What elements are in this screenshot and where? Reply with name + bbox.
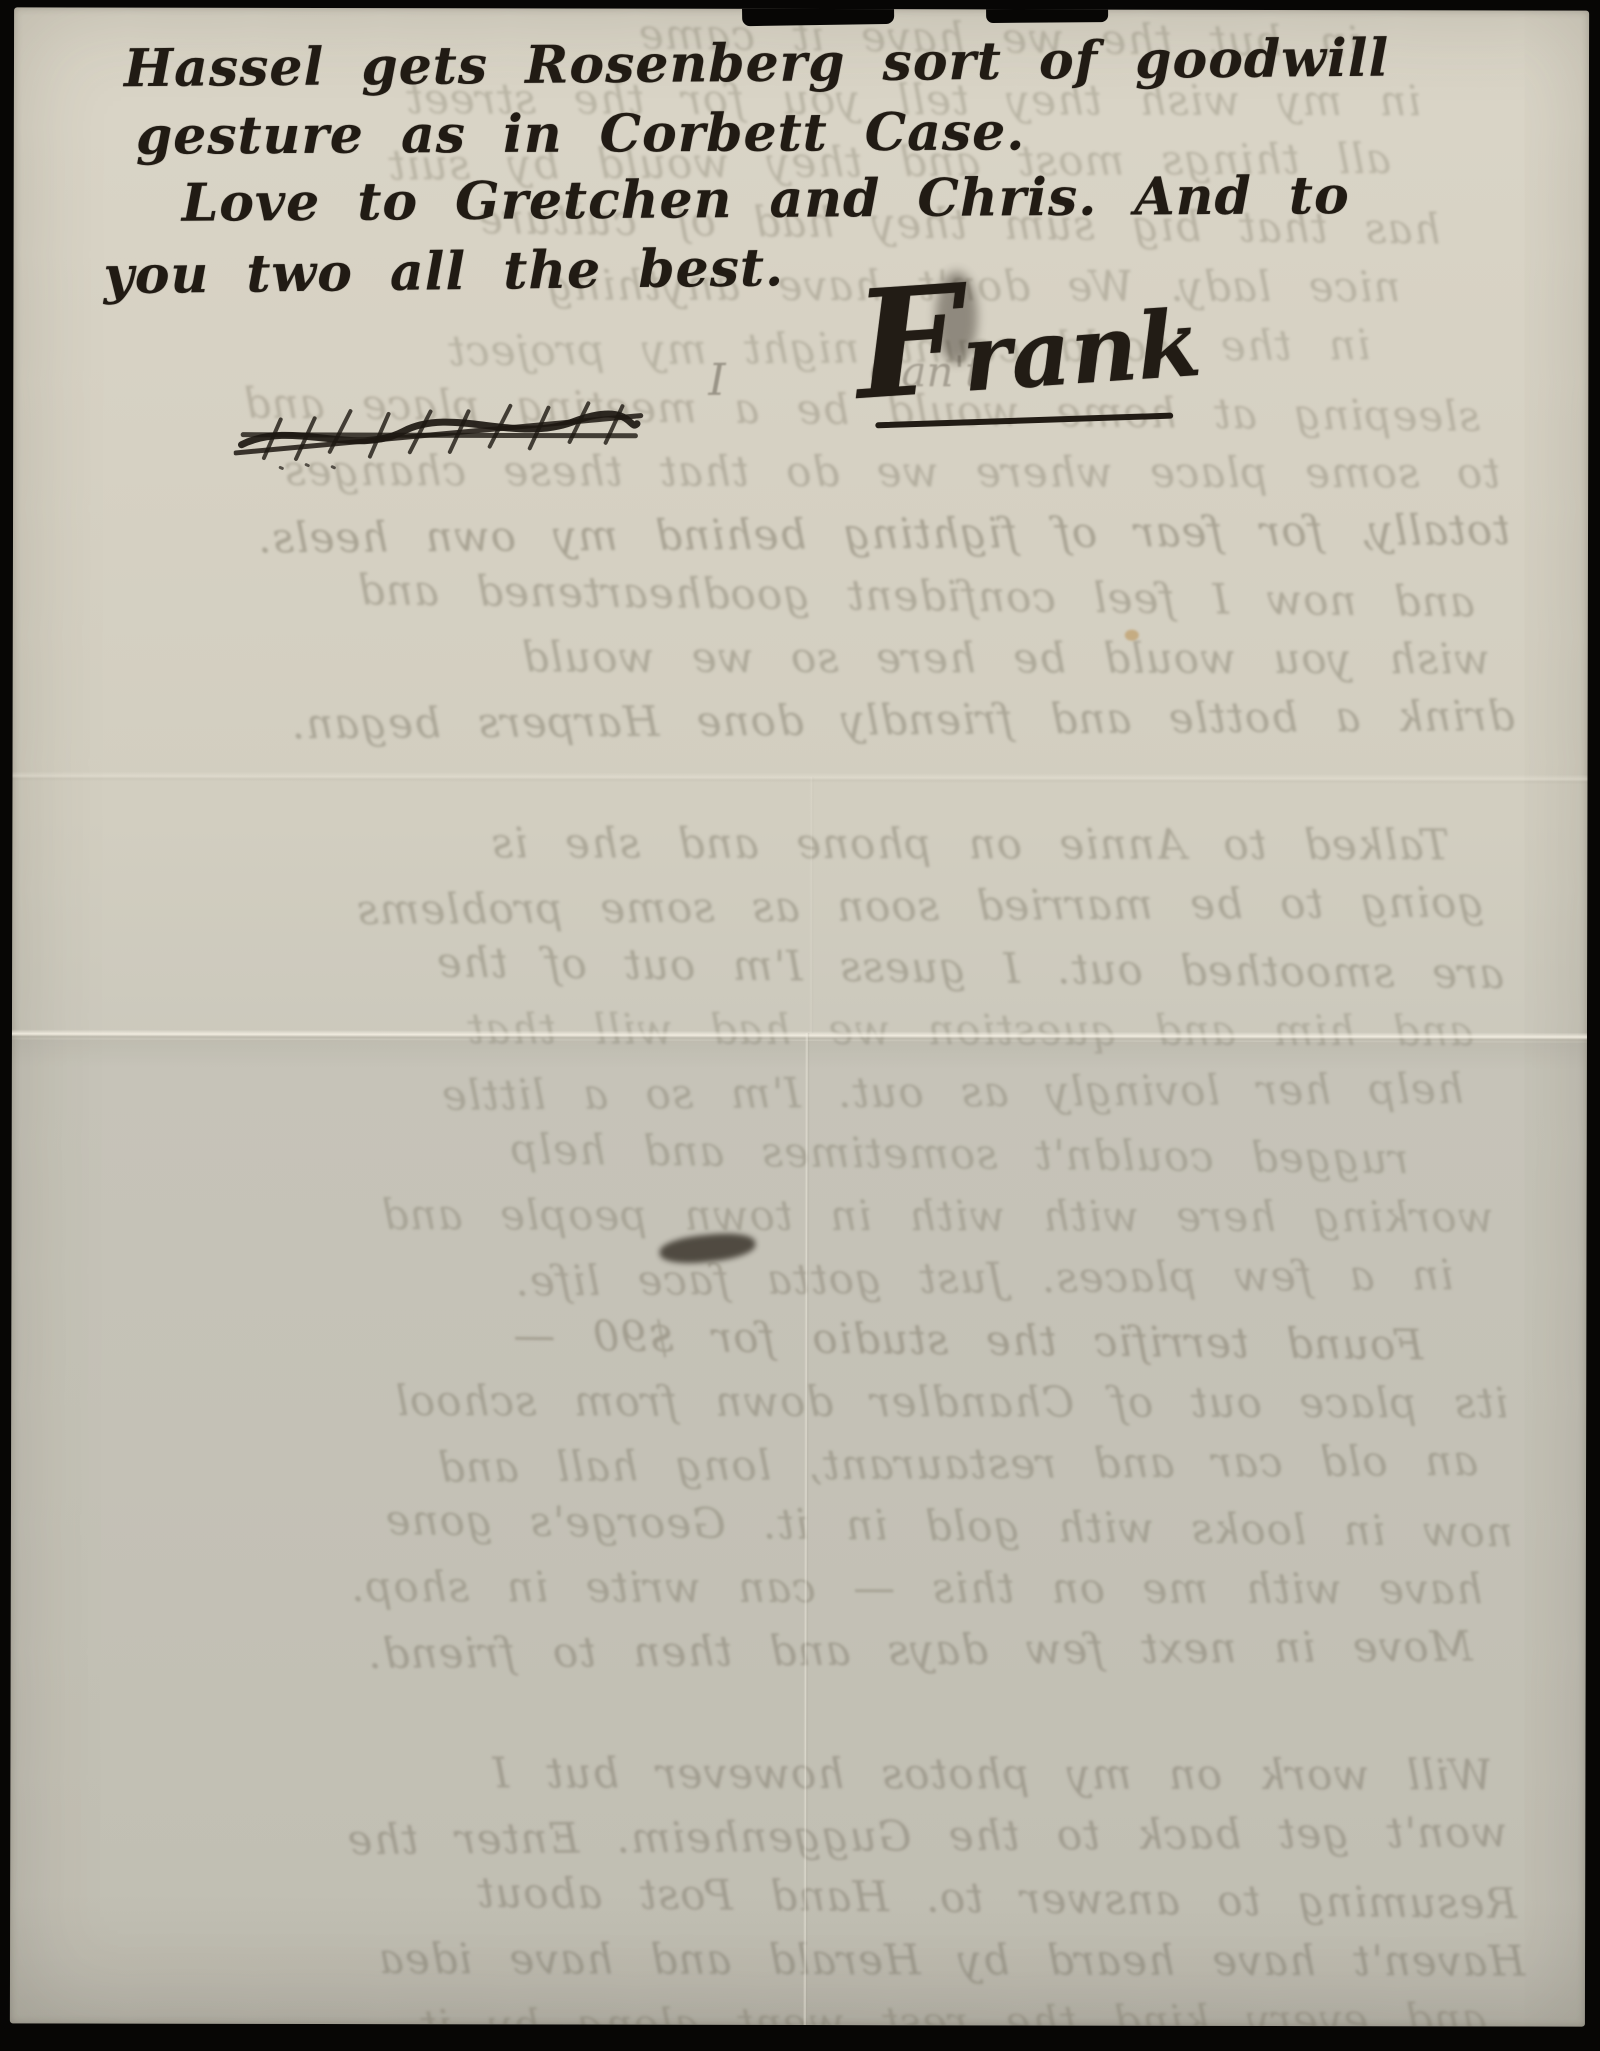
letter-line-1: Hassel gets Rosenberg sort of goodwill	[124, 28, 1390, 100]
scan-edge-notch-1	[742, 7, 894, 26]
ink-layer: Hassel gets Rosenberg sort of goodwill g…	[10, 7, 1589, 2026]
signature-frank: Frank	[850, 236, 1206, 434]
letter-line-2: gesture as in Corbett Case.	[136, 101, 1026, 166]
scribbled-out-word	[232, 390, 646, 477]
letter-line-4: you two all the best.	[103, 237, 784, 306]
scan-background: { "colors": { "background": "#070605", "…	[0, 0, 1600, 2051]
letter-paper: in but the we have it camein my wish the…	[10, 7, 1589, 2026]
letter-line-3: Love to Gretchen and Chris. And to	[182, 165, 1350, 234]
scan-edge-notch-2	[986, 7, 1108, 23]
